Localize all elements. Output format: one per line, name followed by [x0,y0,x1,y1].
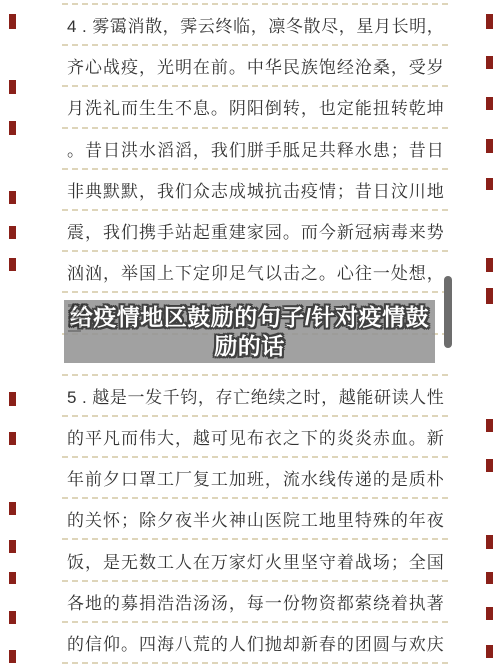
text-line-content: 。昔日洪水滔滔，我们胼手胝足共释水患；昔日 [62,136,448,161]
left-edge-mark [9,258,16,271]
left-edge-mark [9,502,16,515]
text-line: 的信仰。四海八荒的人们抛却新春的团圆与欢庆 [62,621,448,662]
right-edge-mark [486,572,493,584]
scrollbar-thumb[interactable] [444,276,452,348]
right-edge-mark [486,459,493,472]
text-line: 饭，是无数工人在万家灯火里坚守着战场；全国 [62,538,448,579]
right-edge-mark [486,139,493,153]
page-title-banner: 给疫情地区鼓励的句子/针对疫情鼓 励的话 [64,300,435,363]
left-edge-mark [9,121,16,135]
right-edge-mark [486,288,493,304]
left-edge-mark [9,191,16,204]
text-line: 各地的募捐浩浩汤汤，每一份物资都萦绕着执著 [62,580,448,621]
text-line-content: 年前夕口罩工厂复工加班，流水线传递的是质朴 [62,465,448,490]
right-edge-mark [486,258,493,272]
left-edge-mark [9,572,16,584]
text-line: 震，我们携手站起重建家园。而今新冠病毒来势 [62,209,448,250]
text-line-content: 齐心战疫，光明在前。中华民族饱经沧桑，受岁 [62,53,448,78]
text-line-content: 震，我们携手站起重建家园。而今新冠病毒来势 [62,218,448,243]
text-line: 的平凡而伟大，越可见布衣之下的炎炎赤血。新 [62,415,448,456]
text-line: 汹汹，举国上下定卯足气以击之。心往一处想， [62,250,448,291]
text-line: 月洗礼而生生不息。阴阳倒转，也定能扭转乾坤 [62,85,448,126]
text-line-content: 各地的募捐浩浩汤汤，每一份物资都萦绕着执著 [62,589,448,614]
left-edge-mark [9,226,16,239]
left-edge-mark [9,392,16,406]
text-line-content: 非典默默，我们众志成城抗击疫情；昔日汶川地 [62,177,448,202]
text-line: 齐心战疫，光明在前。中华民族饱经沧桑，受岁 [62,44,448,85]
page-title-line-1: 给疫情地区鼓励的句子/针对疫情鼓 [70,303,429,332]
text-line-content: 汹汹，举国上下定卯足气以击之。心往一处想， [62,259,448,284]
text-line-content: 的平凡而伟大，越可见布衣之下的炎炎赤血。新 [62,424,448,449]
text-line: 5 . 越是一发千钧，存亡绝续之时，越能研读人性 [62,374,448,415]
page-title-line-2: 励的话 [214,332,285,361]
right-edge-mark [486,419,493,432]
obscured-text-fragment [68,324,81,332]
right-edge-mark [486,14,493,29]
right-edge-mark [486,178,493,190]
left-edge-mark [9,611,16,624]
obscured-text-fragment [68,304,85,322]
text-line: 非典默默，我们众志成城抗击疫情；昔日汶川地 [62,168,448,209]
right-edge-mark [486,56,493,69]
text-line-content: 月洗礼而生生不息。阴阳倒转，也定能扭转乾坤 [62,94,448,119]
text-line-content: 饭，是无数工人在万家灯火里坚守着战场；全国 [62,548,448,573]
text-line-content: 的信仰。四海八荒的人们抛却新春的团圆与欢庆 [62,630,448,655]
right-edge-mark [486,645,493,658]
left-edge-mark [9,14,16,29]
left-edge-mark [9,540,16,553]
text-line: 年前夕口罩工厂复工加班，流水线传递的是质朴 [62,456,448,497]
text-line: 4 . 雾霭消散，霁云终临，凛冬散尽，星月长明， [62,3,448,44]
left-edge-mark [9,432,16,445]
right-edge-mark [486,607,493,620]
text-line-content: 5 . 越是一发千钧，存亡绝续之时，越能研读人性 [62,383,448,408]
text-line: 。昔日洪水滔滔，我们胼手胝足共释水患；昔日 [62,127,448,168]
text-line-content: 4 . 雾霭消散，霁云终临，凛冬散尽，星月长明， [62,12,448,37]
right-edge-mark [486,97,493,110]
left-edge-mark [9,80,16,94]
right-edge-mark [486,535,493,549]
text-line: 的关怀；除夕夜半火神山医院工地里特殊的年夜 [62,497,448,538]
text-line-content: 的关怀；除夕夜半火神山医院工地里特殊的年夜 [62,506,448,531]
left-edge-mark [9,650,16,663]
